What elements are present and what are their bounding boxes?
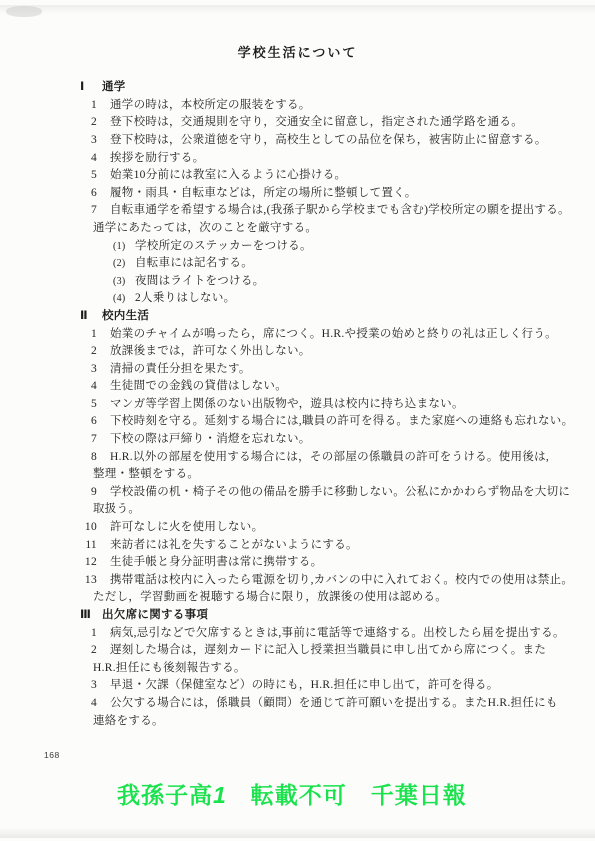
rule-item: 3登下校時は，公衆道徳を守り，高校生としての品位を保ち，被害防止に留意する。 (0, 132, 595, 150)
item-number: 1 (77, 625, 97, 643)
page-title: 学校生活について (0, 44, 595, 62)
item-text: 登下校時は，公衆道徳を守り，高校生としての品位を保ち，被害防止に留意する。 (110, 134, 547, 146)
rule-item: 10許可なしに火を使用しない。 (0, 519, 595, 537)
subitem-text: 学校所定のステッカーをつける。 (135, 240, 312, 252)
rule-item: 1病気,忌引などで欠席するときは,事前に電話等で連絡する。出校したら届を提出する… (0, 625, 595, 643)
item-text: 下校の際は戸締り・消燈を忘れない。 (110, 433, 311, 445)
watermark-text: 我孫子高1 転載不可 千葉日報 (117, 777, 467, 810)
watermark-grade-digit: 1 (213, 782, 227, 808)
spacer-line (0, 62, 595, 80)
item-text: 履物・雨具・自転車などは，所定の場所に整頓して置く。 (110, 187, 417, 199)
rule-item: 1通学の時は，本校所定の服装をする。 (0, 97, 595, 115)
item-text: 放課後までは，許可なく外出しない。 (110, 345, 311, 357)
rule-item: 1始業のチャイムが鳴ったら，席につく。H.R.や授業の始めと終りの礼は正しく行う… (0, 326, 595, 344)
watermark-notice: 転載不可 千葉日報 (227, 782, 467, 808)
rule-item: 2放課後までは，許可なく外出しない。 (0, 343, 595, 361)
rule-item: 12生徒手帳と身分証明書は常に携帯する。 (0, 554, 595, 572)
item-text: 病気,忌引などで欠席するときは,事前に電話等で連絡する。出校したら届を提出する。 (110, 627, 565, 639)
rule-item: 9学校設備の机・椅子その他の備品を勝手に移動しない。公私にかかわらず物品を大切に (0, 484, 595, 502)
rule-item: 11来訪者には礼を失することがないようにする。 (0, 537, 595, 555)
section-heading-school-life: Ⅱ校内生活 (0, 308, 595, 326)
item-number: 1 (77, 326, 97, 344)
item-number: 7 (77, 431, 97, 449)
rule-item: 7下校の際は戸締り・消燈を忘れない。 (0, 431, 595, 449)
section-title: 通学 (102, 81, 126, 93)
rule-item: 5マンガ等学習上関係のない出版物や，遊具は校内に持ち込まない。 (0, 396, 595, 414)
rule-item: 4公欠する場合には，係職員（顧問）を通じて許可願いを提出する。またH.R.担任に… (0, 695, 595, 713)
item-text: 清掃の責任分担を果たす。 (110, 363, 251, 375)
item-number: 3 (77, 132, 97, 150)
item-text: 始業10分前には教室に入るように心掛ける。 (110, 169, 346, 181)
item-text: 生徒手帳と身分証明書は常に携帯する。 (110, 556, 322, 568)
item-number: 7 (77, 202, 97, 220)
subitem-number: (2) (113, 255, 130, 273)
item-text: 自転車通学を希望する場合は,(我孫子駅から学校までも含む)学校所定の願を提出する… (110, 204, 570, 216)
subitem-number: (1) (113, 238, 130, 256)
item-number: 2 (77, 642, 97, 660)
item-number: 1 (77, 97, 97, 115)
item-number: 2 (77, 343, 97, 361)
item-text: 学校設備の机・椅子その他の備品を勝手に移動しない。公私にかかわらず物品を大切に (110, 486, 570, 498)
item-text: H.R.以外の部屋を使用する場合には，その部屋の係職員の許可をうける。使用後は, (110, 451, 549, 463)
section-title: 校内生活 (102, 310, 149, 322)
item-number: 9 (77, 484, 97, 502)
rule-item-continuation: 整理・整頓をする。 (0, 466, 595, 484)
rule-item-continuation: 通学にあたっては，次のことを厳守する。 (0, 220, 595, 238)
rule-item-continuation: 取扱う。 (0, 501, 595, 519)
item-text: 挨拶を励行する。 (110, 152, 204, 164)
item-number: 2 (77, 114, 97, 132)
item-text: 下校時刻を守る。延刻する場合には,職員の許可を得る。また家庭への連絡も忘れない。 (110, 415, 573, 427)
item-number: 8 (77, 449, 97, 467)
item-number: 4 (77, 695, 97, 713)
item-text: 登下校時は，交通規則を守り，交通安全に留意し，指定された通学路を通る。 (110, 116, 523, 128)
rule-item: 3早退・欠課（保健室など）の時にも，H.R.担任に申し出て，許可を得る。 (0, 677, 595, 695)
item-text: 許可なしに火を使用しない。 (110, 521, 263, 533)
item-number: 3 (77, 361, 97, 379)
item-number: 6 (77, 185, 97, 203)
section-numeral: Ⅱ (80, 308, 94, 326)
rule-item: 13携帯電話は校内に入ったら電源を切り,カバンの中に入れておく。校内での使用は禁… (0, 572, 595, 590)
rule-item: 2遅刻した場合は，遅刻カードに記入し授業担当職員に申し出てから席につく。また (0, 642, 595, 660)
rule-item: 6下校時刻を守る。延刻する場合には,職員の許可を得る。また家庭への連絡も忘れない… (0, 413, 595, 431)
item-text: 通学の時は，本校所定の服装をする。 (110, 99, 311, 111)
subitem-text: 自転車には記名する。 (135, 257, 253, 269)
item-number: 4 (77, 378, 97, 396)
rule-subitem: (2)自転車には記名する。 (0, 255, 595, 273)
rule-item-continuation: H.R.担任にも後刻報告する。 (0, 660, 595, 678)
section-heading-commuting: Ⅰ通学 (0, 79, 595, 97)
section-numeral: Ⅲ (80, 607, 94, 625)
scan-artifact-top (0, 5, 595, 14)
document-content: 学校生活について Ⅰ通学 1通学の時は，本校所定の服装をする。 2登下校時は，交… (0, 44, 595, 730)
item-number: 4 (77, 150, 97, 168)
rule-item: 3清掃の責任分担を果たす。 (0, 361, 595, 379)
item-text: 遅刻した場合は，遅刻カードに記入し授業担当職員に申し出てから席につく。また (110, 644, 546, 656)
subitem-text: 2人乗りはしない。 (135, 292, 235, 304)
subitem-number: (4) (113, 290, 130, 308)
rule-subitem: (3)夜間はライトをつける。 (0, 273, 595, 291)
scan-artifact-bottom (0, 828, 595, 838)
rule-item: 8H.R.以外の部屋を使用する場合には，その部屋の係職員の許可をうける。使用後は… (0, 449, 595, 467)
item-number: 11 (77, 537, 97, 555)
rule-item-continuation: ただし，学習動画を視聴する場合に限り，放課後の使用は認める。 (0, 589, 595, 607)
subitem-text: 夜間はライトをつける。 (135, 275, 264, 287)
scan-artifact-corner (6, 6, 42, 17)
rule-item: 4生徒間での金銭の貸借はしない。 (0, 378, 595, 396)
subitem-number: (3) (113, 273, 130, 291)
rule-subitem: (4)2人乗りはしない。 (0, 290, 595, 308)
item-number: 6 (77, 413, 97, 431)
section-title: 出欠席に関する事項 (102, 609, 208, 621)
page-number: 168 (44, 750, 60, 760)
item-text: 始業のチャイムが鳴ったら，席につく。H.R.や授業の始めと終りの礼は正しく行う。 (110, 328, 557, 340)
rule-item: 6履物・雨具・自転車などは，所定の場所に整頓して置く。 (0, 185, 595, 203)
item-text: マンガ等学習上関係のない出版物や，遊具は校内に持ち込まない。 (110, 398, 464, 410)
item-text: 携帯電話は校内に入ったら電源を切り,カバンの中に入れておく。校内での使用は禁止。 (110, 574, 573, 586)
section-heading-attendance: Ⅲ出欠席に関する事項 (0, 607, 595, 625)
rule-subitem: (1)学校所定のステッカーをつける。 (0, 238, 595, 256)
rule-item: 4挨拶を励行する。 (0, 150, 595, 168)
item-text: 早退・欠課（保健室など）の時にも，H.R.担任に申し出て，許可を得る。 (110, 679, 499, 691)
item-number: 5 (77, 396, 97, 414)
rule-item-continuation: 連絡をする。 (0, 713, 595, 731)
item-number: 5 (77, 167, 97, 185)
item-number: 3 (77, 677, 97, 695)
item-number: 10 (77, 519, 97, 537)
item-number: 12 (77, 554, 97, 572)
item-number: 13 (77, 572, 97, 590)
rule-item: 2登下校時は，交通規則を守り，交通安全に留意し，指定された通学路を通る。 (0, 114, 595, 132)
item-text: 来訪者には礼を失することがないようにする。 (110, 539, 358, 551)
watermark-school: 我孫子高 (117, 782, 213, 808)
document-page: 学校生活について Ⅰ通学 1通学の時は，本校所定の服装をする。 2登下校時は，交… (0, 0, 595, 841)
rule-item: 5始業10分前には教室に入るように心掛ける。 (0, 167, 595, 185)
section-numeral: Ⅰ (80, 79, 94, 97)
rule-item: 7自転車通学を希望する場合は,(我孫子駅から学校までも含む)学校所定の願を提出す… (0, 202, 595, 220)
item-text: 公欠する場合には，係職員（顧問）を通じて許可願いを提出する。またH.R.担任にも (110, 697, 558, 709)
item-text: 生徒間での金銭の貸借はしない。 (110, 380, 287, 392)
